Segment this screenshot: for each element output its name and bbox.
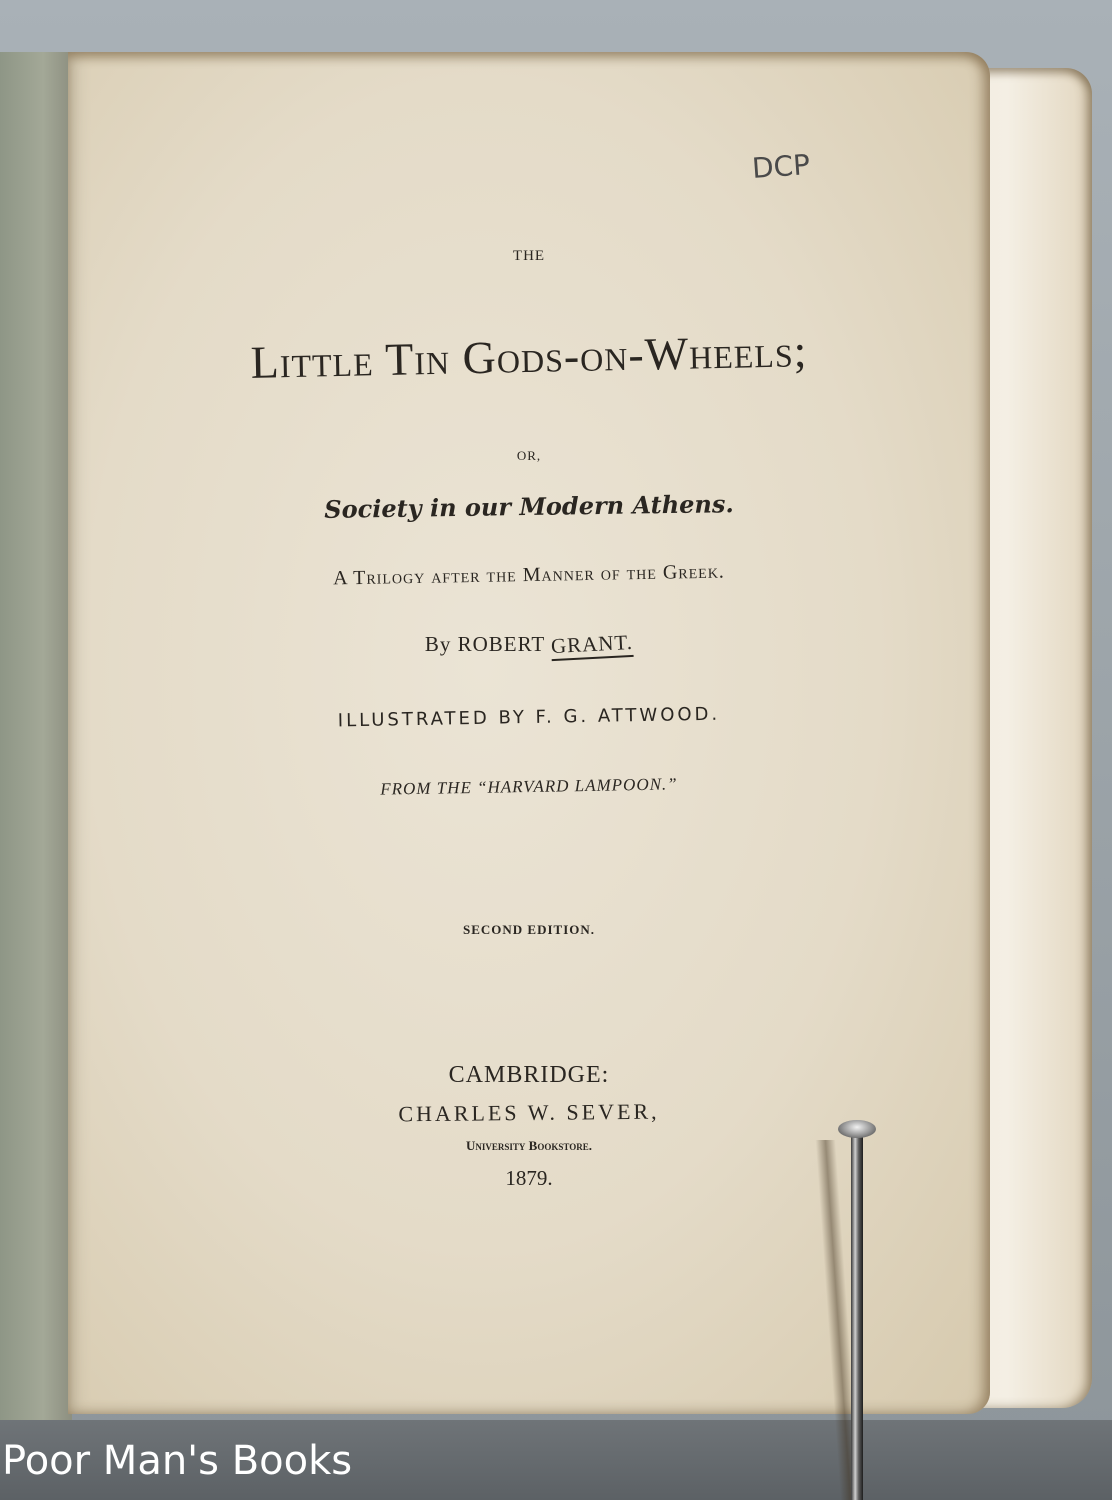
- illustrator-line: ILLUSTRATED BY F. G. ATTWOOD.: [68, 699, 990, 736]
- metal-stand-cap: [838, 1120, 876, 1138]
- title-article: THE: [68, 248, 990, 265]
- author-surname-underlined: GRANT.: [550, 630, 633, 661]
- title-or: OR,: [68, 448, 990, 464]
- metal-stand-rod: [851, 1130, 863, 1500]
- source-line: FROM THE “HARVARD LAMPOON.”: [68, 769, 990, 805]
- author-line: By ROBERT GRANT.: [68, 632, 990, 659]
- edition-line: SECOND EDITION.: [68, 922, 990, 938]
- watermark-text: Poor Man's Books: [2, 1438, 352, 1484]
- book-title: Little Tin Gods-on-Wheels;: [68, 320, 991, 392]
- publisher-city: CAMBRIDGE:: [68, 1062, 990, 1089]
- book-cover-left: [0, 52, 72, 1452]
- handwritten-annotation: DCP: [751, 148, 811, 185]
- trilogy-line: A Trilogy after the Manner of the Greek.: [68, 556, 990, 595]
- author-prefix: By ROBERT: [425, 632, 551, 656]
- book-subtitle: Society in our Modern Athens.: [68, 486, 990, 528]
